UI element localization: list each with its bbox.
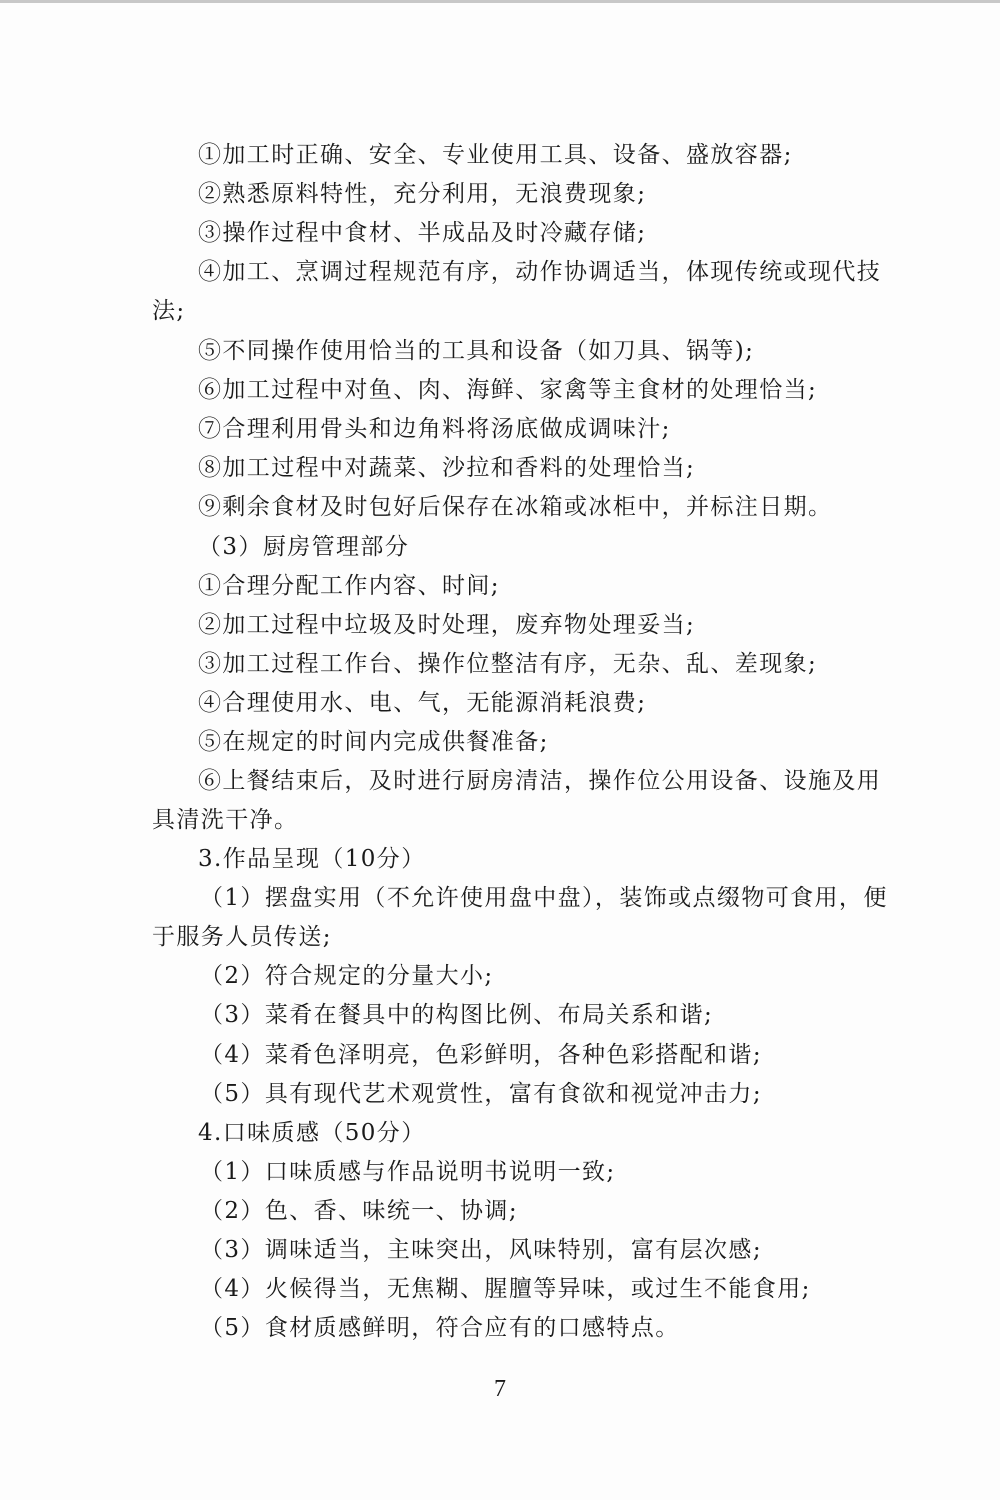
text-line: ①加工时正确、安全、专业使用工具、设备、盛放容器; <box>198 140 793 170</box>
text-line: 于服务人员传送; <box>152 922 332 952</box>
text-line: ⑨剩余食材及时包好后保存在冰箱或冰柜中，并标注日期。 <box>198 492 832 522</box>
text-line: ⑤在规定的时间内完成供餐准备; <box>198 727 549 757</box>
text-line: ③操作过程中食材、半成品及时冷藏存储; <box>198 218 646 248</box>
text-line: ④加工、烹调过程规范有序，动作协调适当，体现传统或现代技 <box>198 257 881 287</box>
text-line: （1）口味质感与作品说明书说明一致; <box>200 1157 616 1187</box>
text-line: ②加工过程中垃圾及时处理，废弃物处理妥当; <box>198 610 695 640</box>
text-line: （3）调味适当，主味突出，风味特别，富有层次感; <box>200 1235 762 1265</box>
text-line: （4）菜肴色泽明亮，色彩鲜明，各种色彩搭配和谐; <box>200 1040 762 1070</box>
text-line: ⑧加工过程中对蔬菜、沙拉和香料的处理恰当; <box>198 453 695 483</box>
text-line: （2）符合规定的分量大小; <box>200 961 494 991</box>
text-line: 3.作品呈现（10分） <box>198 844 426 874</box>
text-line: 具清洗干净。 <box>152 805 298 835</box>
text-line: ⑤不同操作使用恰当的工具和设备（如刀具、锅等); <box>198 336 754 366</box>
text-line: （1）摆盘实用（不允许使用盘中盘），装饰或点缀物可食用，便 <box>200 883 888 913</box>
text-line: ④合理使用水、电、气，无能源消耗浪费; <box>198 688 646 718</box>
text-line: （5）食材质感鲜明，符合应有的口感特点。 <box>200 1313 680 1343</box>
text-line: （3）厨房管理部分 <box>198 532 409 562</box>
text-line: ③加工过程工作台、操作位整洁有序，无杂、乱、差现象; <box>198 649 817 679</box>
page-number: 7 <box>0 1376 1000 1403</box>
text-line: ⑦合理利用骨头和边角料将汤底做成调味汁; <box>198 414 671 444</box>
text-line: （5）具有现代艺术观赏性，富有食欲和视觉冲击力; <box>200 1079 762 1109</box>
text-line: （4）火候得当，无焦糊、腥膻等异味，或过生不能食用; <box>200 1274 811 1304</box>
document-page: ①加工时正确、安全、专业使用工具、设备、盛放容器;②熟悉原料特性，充分利用，无浪… <box>0 0 1000 1500</box>
text-line: 4.口味质感（50分） <box>198 1118 426 1148</box>
text-line: 法; <box>152 296 186 326</box>
text-line: （3）菜肴在餐具中的构图比例、布局关系和谐; <box>200 1000 713 1030</box>
text-line: ⑥上餐结束后，及时进行厨房清洁，操作位公用设备、设施及用 <box>198 766 881 796</box>
text-line: （2）色、香、味统一、协调; <box>200 1196 518 1226</box>
text-line: ②熟悉原料特性，充分利用，无浪费现象; <box>198 179 646 209</box>
text-line: ①合理分配工作内容、时间; <box>198 571 500 601</box>
text-line: ⑥加工过程中对鱼、肉、海鲜、家禽等主食材的处理恰当; <box>198 375 817 405</box>
